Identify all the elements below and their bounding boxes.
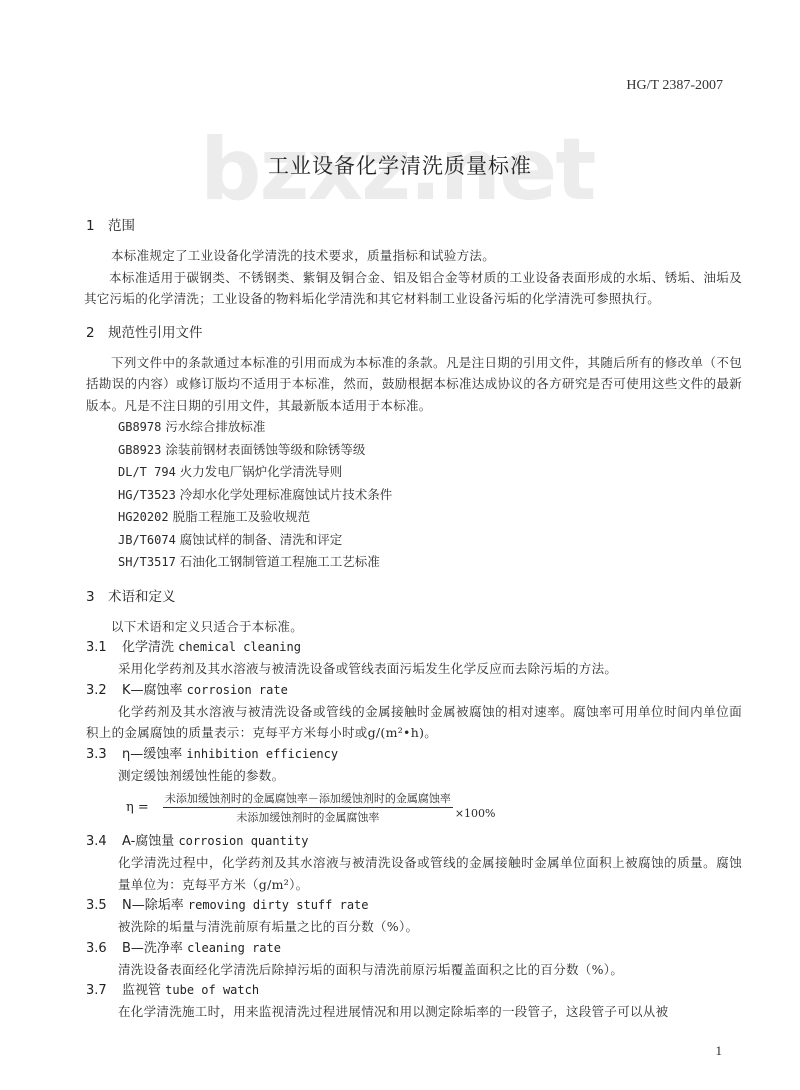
reference-item: GB8978 污水综合排放标准 [118, 416, 742, 439]
section-title: 规范性引用文件 [108, 325, 203, 341]
formula-multiplier: ×100% [455, 807, 496, 820]
paragraph: 本标准适用于碳钢类、不锈钢类、紫铜及铜合金、铝及铝合金等材质的工业设备表面形成的… [84, 267, 742, 310]
term-definition: 测定缓蚀剂缓蚀性能的参数。 [118, 765, 742, 787]
paragraph: 本标准规定了工业设备化学清洗的技术要求，质量指标和试验方法。 [86, 245, 742, 267]
section-title: 范围 [108, 218, 135, 234]
formula-lhs: η = [126, 800, 149, 815]
term-heading: 3.3η—缓蚀率 inhibition efficiency [86, 744, 742, 765]
document-title: 工业设备化学清洗质量标准 [0, 150, 800, 180]
reference-item: GB8923 涂装前钢材表面锈蚀等级和除锈等级 [118, 439, 742, 462]
paragraph: 以下术语和定义只适合于本标准。 [86, 616, 742, 638]
term-heading: 3.6B—洗净率 cleaning rate [86, 938, 742, 959]
term-definition: 清洗设备表面经化学清洗后除掉污垢的面积与清洗前原污垢覆盖面积之比的百分数（%）。 [118, 959, 742, 981]
section-number: 3 [86, 586, 108, 608]
reference-item: HG20202 脱脂工程施工及验收规范 [118, 506, 742, 529]
page-number: 1 [716, 1043, 723, 1059]
standard-number: HG/T 2387-2007 [626, 78, 723, 94]
document-body: 1范围 本标准规定了工业设备化学清洗的技术要求，质量指标和试验方法。 本标准适用… [86, 215, 742, 1023]
term-definition: 采用化学药剂及其水溶液与被清洗设备或管线表面污垢发生化学反应而去除污垢的方法。 [118, 658, 742, 680]
formula-fraction: 未添加缓蚀剂时的金属腐蚀率－添加缓蚀剂时的金属腐蚀率 未添加缓蚀剂时的金属腐蚀率 [163, 790, 453, 825]
inhibition-efficiency-formula: η = 未添加缓蚀剂时的金属腐蚀率－添加缓蚀剂时的金属腐蚀率 未添加缓蚀剂时的金… [126, 790, 742, 825]
reference-item: SH/T3517 石油化工钢制管道工程施工工艺标准 [118, 551, 742, 574]
section-1-heading: 1范围 [86, 215, 742, 237]
term-heading: 3.2K—腐蚀率 corrosion rate [86, 680, 742, 701]
paragraph: 下列文件中的条款通过本标准的引用而成为本标准的条款。凡是注日期的引用文件，其随后… [86, 352, 742, 417]
term-definition: 在化学清洗施工时，用来监视清洗过程进展情况和用以测定除垢率的一段管子，这段管子可… [118, 1001, 742, 1023]
formula-numerator: 未添加缓蚀剂时的金属腐蚀率－添加缓蚀剂时的金属腐蚀率 [163, 790, 453, 808]
section-number: 1 [86, 215, 108, 237]
section-number: 2 [86, 322, 108, 344]
reference-item: DL/T 794 火力发电厂锅炉化学清洗导则 [118, 461, 742, 484]
term-heading: 3.7监视管 tube of watch [86, 980, 742, 1001]
section-title: 术语和定义 [108, 589, 176, 605]
term-heading: 3.1化学清洗 chemical cleaning [86, 637, 742, 658]
formula-denominator: 未添加缓蚀剂时的金属腐蚀率 [236, 808, 379, 825]
reference-item: JB/T6074 腐蚀试样的制备、清洗和评定 [118, 529, 742, 552]
term-heading: 3.5N—除垢率 removing dirty stuff rate [86, 895, 742, 916]
reference-item: HG/T3523 冷却水化学处理标准腐蚀试片技术条件 [118, 484, 742, 507]
section-3-heading: 3术语和定义 [86, 586, 742, 608]
term-definition: 化学清洗过程中，化学药剂及其水溶液与被清洗设备或管线的金属接触时金属单位面积上被… [118, 852, 742, 895]
term-definition: 化学药剂及其水溶液与被清洗设备或管线的金属接触时金属被腐蚀的相对速率。腐蚀率可用… [86, 701, 742, 744]
section-2-heading: 2规范性引用文件 [86, 322, 742, 344]
term-heading: 3.4A-腐蚀量 corrosion quantity [86, 831, 742, 852]
term-definition: 被洗除的垢量与清洗前原有垢量之比的百分数（%）。 [118, 916, 742, 938]
